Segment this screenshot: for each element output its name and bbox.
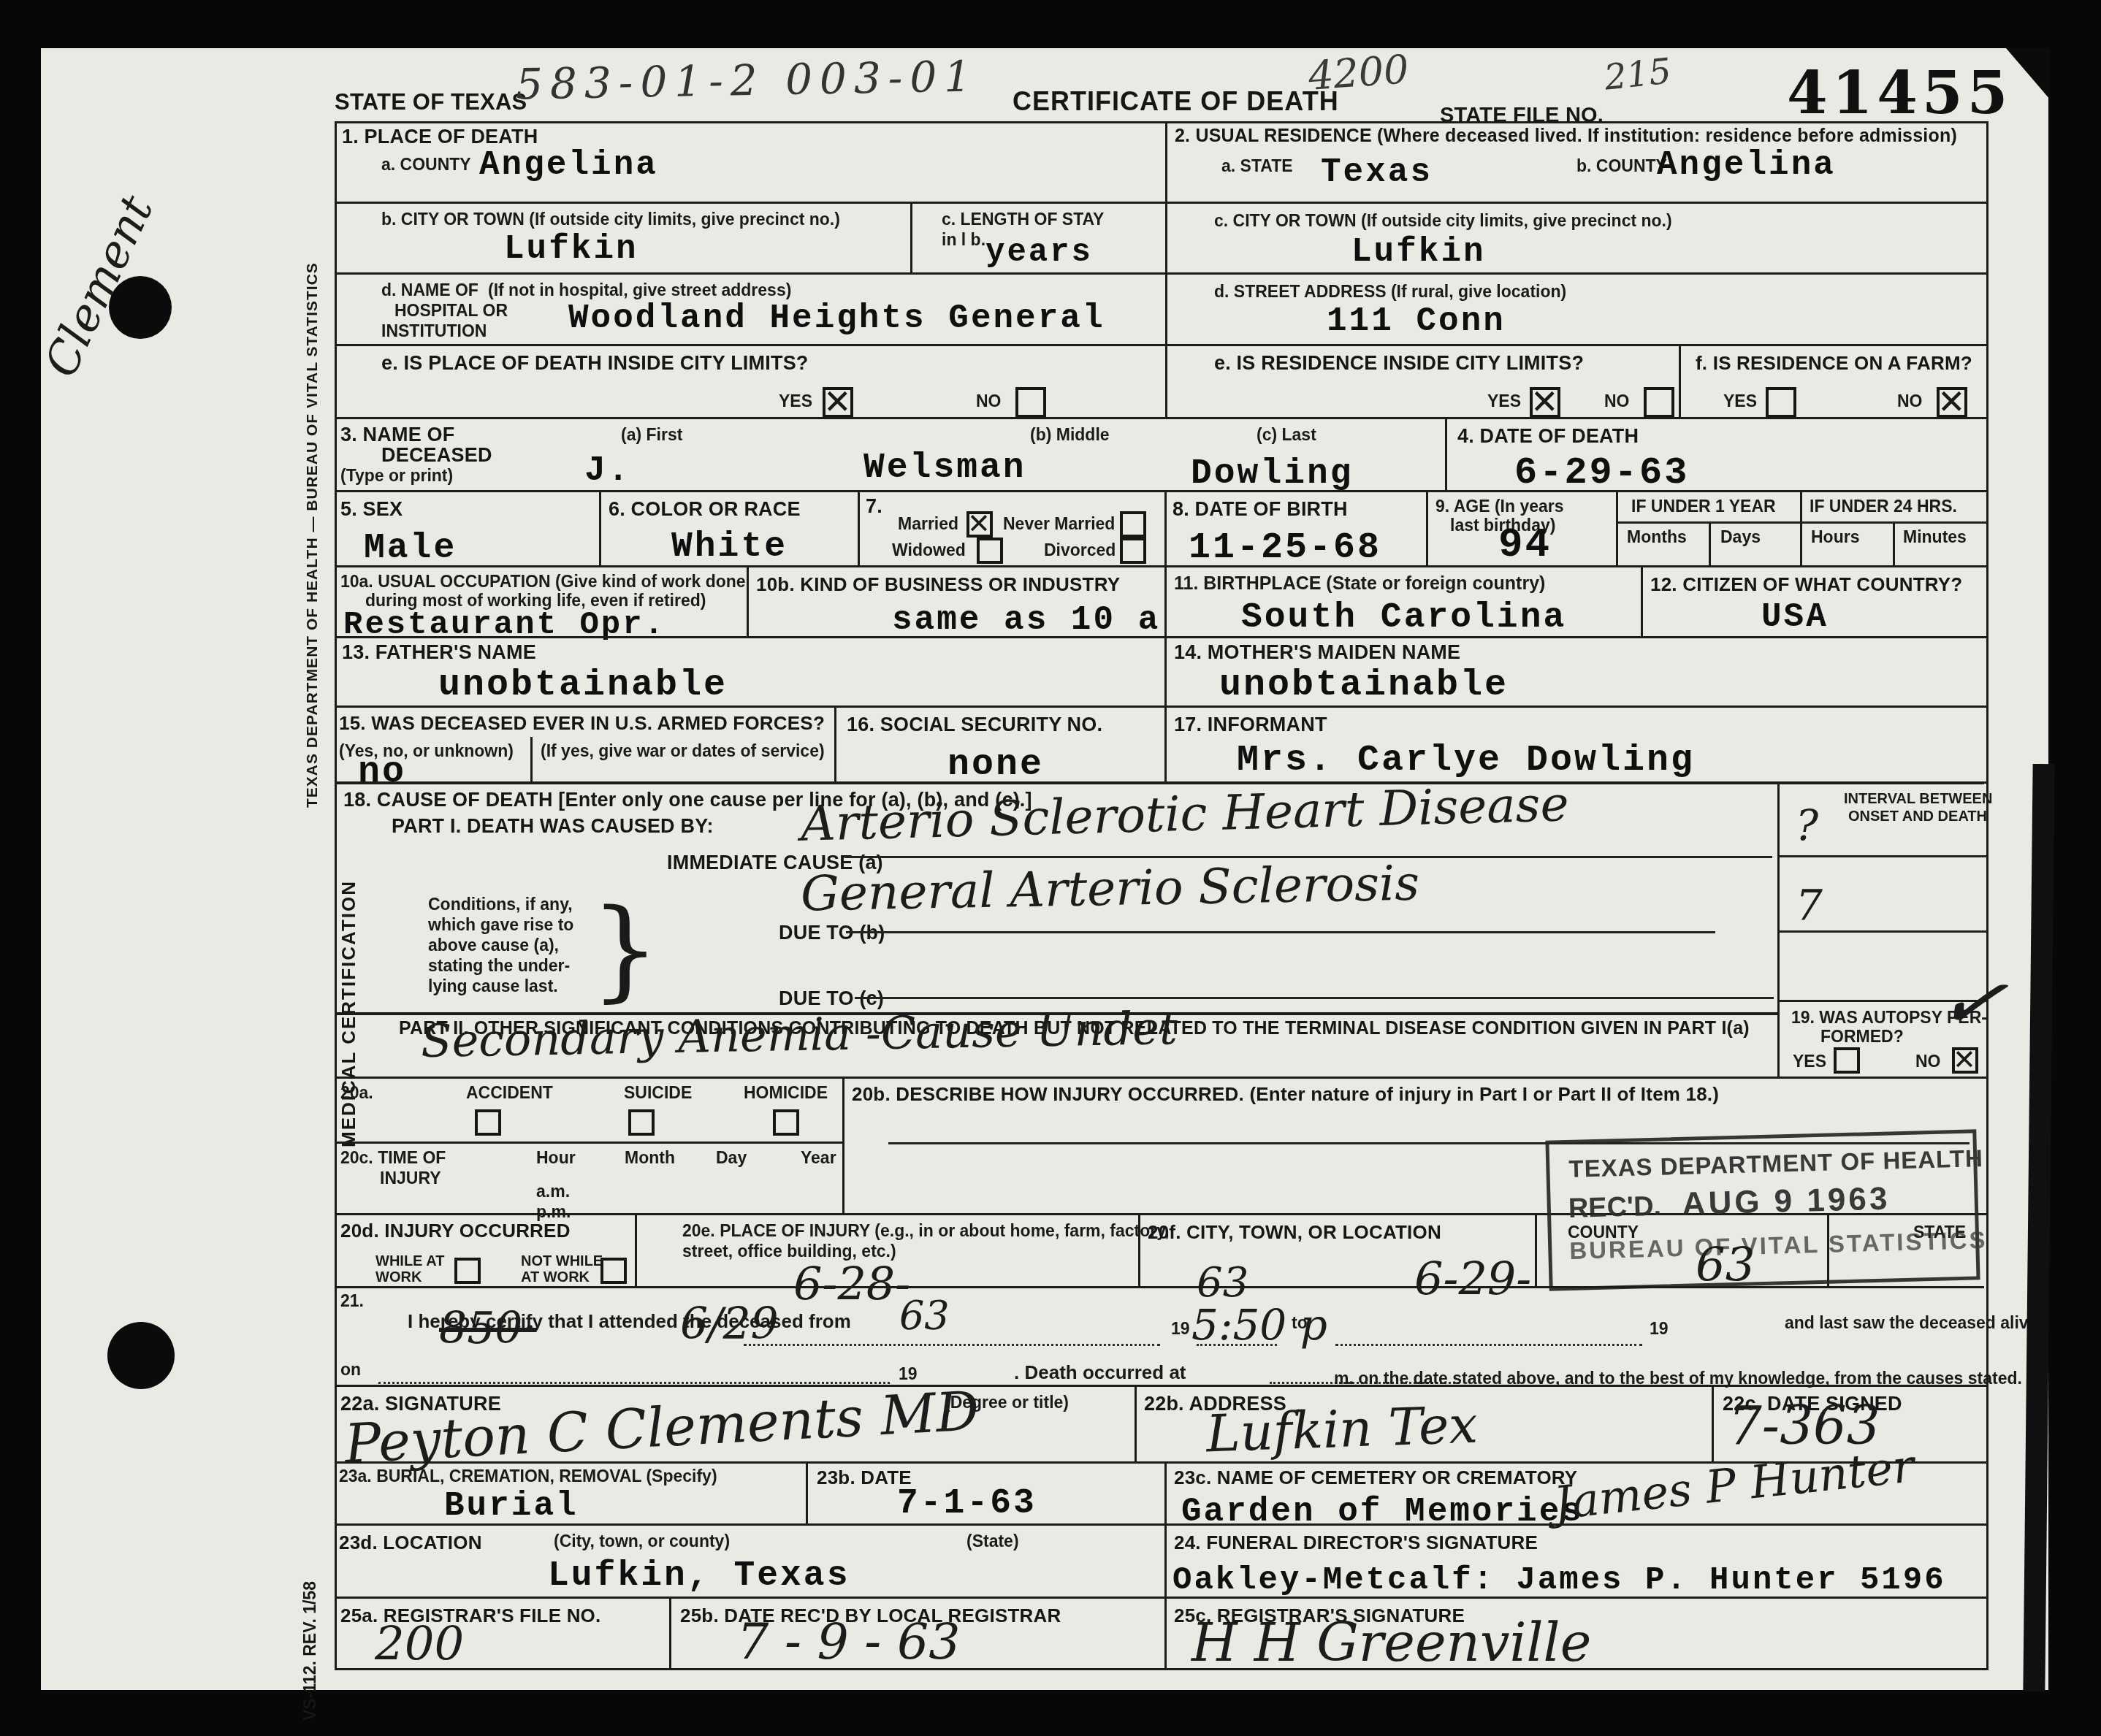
field-1-label: 1. PLACE OF DEATH — [342, 126, 538, 148]
field-3a-label: (a) First — [621, 425, 682, 445]
certify-text3: . Death occurred at — [1014, 1361, 1186, 1384]
field-16-value: none — [947, 744, 1044, 786]
margin-form-code: VS-112. REV. 1/58 — [300, 1523, 320, 1721]
field-2c-label: c. CITY OR TOWN (If outside city limits,… — [1214, 211, 1672, 231]
margin-agency-text: TEXAS DEPARTMENT OF HEALTH — BUREAU OF V… — [304, 340, 321, 808]
cause-b-line — [846, 931, 1715, 933]
field-14-value: unobtainable — [1219, 665, 1509, 706]
field-7-married-label: Married — [898, 514, 958, 534]
punch-hole-bottom — [107, 1322, 175, 1389]
box-name-of-deceased: 3. NAME OF DECEASED (Type or print) (a) … — [335, 417, 1445, 492]
field-23a-label: 23a. BURIAL, CREMATION, REMOVAL (Specify… — [339, 1467, 717, 1486]
field-17-value: Mrs. Carlye Dowling — [1237, 740, 1695, 781]
under-24-hrs-header: IF UNDER 24 HRS. — [1810, 497, 1957, 516]
field-20e-label1: 20e. PLACE OF INJURY (e.g., in or about … — [682, 1221, 1170, 1241]
field-7-widowed-label: Widowed — [892, 540, 966, 560]
field-25a-value-handwritten: 200 — [375, 1618, 464, 1672]
field-13-value: unobtainable — [438, 665, 728, 706]
field-2b-label: b. COUNTY — [1576, 156, 1667, 176]
box-usual-occupation: 10a. USUAL OCCUPATION (Give kind of work… — [335, 565, 747, 638]
field-2d-value: 111 Conn — [1327, 302, 1506, 340]
field-6-label: 6. COLOR OR RACE — [609, 498, 801, 521]
box-date-of-birth: 8. DATE OF BIRTH 11-25-68 — [1164, 490, 1428, 567]
box-23b-date: 23b. DATE 7-1-63 — [806, 1461, 1167, 1526]
interval-label2: ONSET AND DEATH — [1848, 808, 1987, 825]
hours-label: Hours — [1811, 527, 1859, 547]
box-25c-registrar-signature: 25c. REGISTRAR'S SIGNATURE H H Greenvill… — [1164, 1597, 1986, 1668]
box-street-address: d. STREET ADDRESS (If rural, give locati… — [1165, 272, 1986, 346]
field-23a-value: Burial — [444, 1487, 579, 1525]
certify-year3-handwritten: 63 — [899, 1293, 950, 1339]
field-7-widowed-checkbox — [977, 538, 1003, 564]
field-3b-label: (b) Middle — [1030, 425, 1110, 445]
field-6-value: White — [671, 527, 788, 567]
field-2b-value: Angelina — [1657, 146, 1836, 184]
under-24-hrs-column-divider — [1893, 521, 1895, 567]
box-length-of-stay: c. LENGTH OF STAY in l b. years — [910, 202, 1167, 275]
field-3c-value: Dowling — [1191, 454, 1354, 494]
field-4-value: 6-29-63 — [1514, 451, 1689, 494]
conditions-line2: which gave rise to — [428, 915, 573, 935]
field-20c-label2: INJURY — [380, 1169, 441, 1188]
field-24-value: Oakley-Metcalf: James P. Hunter 5196 — [1172, 1562, 1946, 1599]
part1-label: PART I. DEATH WAS CAUSED BY: — [392, 815, 714, 838]
field-25c-value-handwritten: H H Greenville — [1191, 1612, 1591, 1673]
days-label: Days — [1720, 527, 1761, 547]
field-23d-sub1: (City, town, or county) — [554, 1532, 730, 1551]
field-7-divorced-label: Divorced — [1044, 540, 1116, 560]
field-1e-yes-checkbox — [823, 387, 853, 418]
box-city-of-death: b. CITY OR TOWN (If outside city limits,… — [335, 202, 910, 275]
field-13-label: 13. FATHER'S NAME — [342, 641, 536, 664]
while-at-work-label2: WORK — [375, 1269, 422, 1286]
field-23b-value: 7-1-63 — [897, 1484, 1037, 1523]
suicide-label: SUICIDE — [624, 1083, 692, 1103]
scan-shadow-right — [2023, 764, 2054, 1691]
while-at-work-label1: WHILE AT — [375, 1253, 444, 1270]
field-19-label2: FORMED? — [1820, 1027, 1904, 1047]
interval-b-handwritten: 7 — [1796, 881, 1823, 930]
field-16-label: 16. SOCIAL SECURITY NO. — [847, 714, 1102, 736]
field-2d-label: d. STREET ADDRESS (If rural, give locati… — [1214, 282, 1566, 302]
field-2f-no-label: NO — [1897, 391, 1923, 411]
certify-blank1 — [744, 1344, 1160, 1346]
certify-text2: and last saw the deceased alive — [1785, 1313, 2037, 1333]
field-2c-value: Lufkin — [1351, 233, 1486, 271]
box-20d: 20d. INJURY OCCURRED WHILE AT WORK NOT W… — [335, 1213, 635, 1288]
field-2f-label: f. IS RESIDENCE ON A FARM? — [1696, 352, 1972, 375]
certify-on-date-handwritten: 6/29 — [680, 1299, 779, 1350]
conditions-line1: Conditions, if any, — [428, 895, 573, 914]
box-if-under-24-hrs: IF UNDER 24 HRS. Hours Minutes — [1800, 490, 1986, 567]
box-age: 9. AGE (In years last birthday) 94 — [1426, 490, 1618, 567]
field-3-label2: DECEASED — [381, 444, 492, 467]
field-1d-value: Woodland Heights General — [568, 299, 1105, 337]
conditions-brace: } — [590, 887, 660, 1014]
scanned-death-certificate: Clement TEXAS DEPARTMENT OF HEALTH — BUR… — [0, 0, 2101, 1736]
field-1c-label: c. LENGTH OF STAY — [942, 210, 1104, 229]
box-25b-date-recd: 25b. DATE REC'D BY LOCAL REGISTRAR 7 - 9… — [669, 1597, 1167, 1668]
field-1d-label2: HOSPITAL OR — [394, 301, 508, 321]
box-fathers-name: 13. FATHER'S NAME unobtainable — [335, 636, 1164, 708]
certify-year3-label: 19 — [899, 1364, 918, 1384]
box-armed-forces: 15. WAS DECEASED EVER IN U.S. ARMED FORC… — [335, 706, 834, 784]
state-of-texas-label: STATE OF TEXAS — [335, 89, 527, 115]
field-1b-label: b. CITY OR TOWN (If outside city limits,… — [381, 210, 840, 229]
field-5-label: 5. SEX — [340, 498, 403, 521]
cause-c-line — [855, 997, 1774, 999]
field-1e-label: e. IS PLACE OF DEATH INSIDE CITY LIMITS? — [381, 352, 809, 375]
accident-label: ACCIDENT — [466, 1083, 553, 1103]
field-2e-yes-checkbox — [1530, 387, 1560, 418]
interval-a-handwritten: ? — [1796, 800, 1818, 850]
field-9-value: 94 — [1498, 521, 1552, 568]
field-20d-label: 20d. INJURY OCCURRED — [340, 1220, 571, 1242]
box-place-of-death: 1. PLACE OF DEATH a. COUNTY Angelina — [335, 121, 1165, 202]
field-8-value: 11-25-68 — [1189, 527, 1381, 569]
field-1d-paren: (If not in hospital, give street address… — [488, 280, 791, 300]
certify-time-struck-handwritten: 850· — [439, 1303, 537, 1354]
field-3c-label: (c) Last — [1257, 425, 1316, 445]
field-4-label: 4. DATE OF DEATH — [1457, 425, 1639, 448]
box-residence-farm: f. IS RESIDENCE ON A FARM? YES NO — [1679, 344, 1986, 419]
box-citizen: 12. CITIZEN OF WHAT COUNTRY? USA — [1641, 565, 1986, 638]
field-10b-value: same as 10 a — [892, 601, 1160, 639]
homicide-label: HOMICIDE — [744, 1083, 828, 1103]
field-1d-label1: d. NAME OF — [381, 280, 478, 300]
conditions-line3: above cause (a), — [428, 936, 559, 955]
field-15-label: 15. WAS DECEASED EVER IN U.S. ARMED FORC… — [339, 712, 825, 735]
stamp-recd-label: REC'D. — [1568, 1191, 1661, 1225]
field-12-label: 12. CITIZEN OF WHAT COUNTRY? — [1650, 573, 1962, 596]
field-21-number: 21. — [340, 1291, 364, 1311]
box-20a: 20a. ACCIDENT SUICIDE HOMICIDE — [335, 1077, 842, 1144]
field-14-label: 14. MOTHER'S MAIDEN NAME — [1174, 641, 1460, 664]
field-7-married-checkbox — [966, 511, 993, 538]
box-20c: 20c. TIME OF INJURY Hour Month Day Year … — [335, 1142, 842, 1215]
box-25a-registrar-file: 25a. REGISTRAR'S FILE NO. 200 — [335, 1597, 669, 1668]
field-20b-label: 20b. DESCRIBE HOW INJURY OCCURRED. (Ente… — [852, 1083, 1719, 1106]
field-2f-yes-checkbox — [1766, 387, 1796, 418]
interval-line-a — [1780, 855, 1986, 857]
not-while-checkbox — [600, 1258, 627, 1284]
received-stamp: TEXAS DEPARTMENT OF HEALTH REC'D. AUG 9 … — [1545, 1129, 1980, 1290]
field-1a-label: a. COUNTY — [381, 155, 471, 175]
field-19-yes-label: YES — [1793, 1052, 1826, 1071]
death-time-handwritten: 5:50 p — [1191, 1300, 1327, 1350]
hour-label: Hour — [536, 1148, 576, 1168]
field-1e-no-checkbox — [1015, 387, 1046, 418]
minutes-label: Minutes — [1903, 527, 1967, 547]
field-1a-value: Angelina — [479, 146, 658, 184]
armed-forces-divider — [530, 737, 533, 784]
field-20f-label: 20f. CITY, TOWN, OR LOCATION — [1148, 1221, 1441, 1244]
accident-checkbox — [475, 1109, 501, 1136]
field-25b-value-handwritten: 7 - 9 - 63 — [737, 1613, 960, 1671]
am-label: a.m. — [536, 1182, 570, 1201]
day-label: Day — [716, 1148, 747, 1168]
box-color-or-race: 6. COLOR OR RACE White — [599, 490, 860, 567]
conditions-line4: stating the under- — [428, 956, 570, 976]
field-2a-value: Texas — [1321, 153, 1433, 191]
field-12-value: USA — [1761, 598, 1829, 636]
field-9-label1: 9. AGE (In years — [1435, 497, 1564, 516]
scan-corner-wedge — [2006, 48, 2050, 99]
field-3-label3: (Type or print) — [340, 466, 453, 486]
state-file-number: 41455 — [1787, 58, 2012, 127]
box-23d-location: 23d. LOCATION (City, town, or county) (S… — [335, 1523, 1164, 1599]
field-2f-no-checkbox — [1937, 387, 1967, 418]
box-23a-burial: 23a. BURIAL, CREMATION, REMOVAL (Specify… — [335, 1461, 806, 1526]
box-informant: 17. INFORMANT Mrs. Carlye Dowling — [1164, 706, 1986, 784]
homicide-checkbox — [773, 1109, 799, 1136]
not-while-label1: NOT WHILE — [521, 1253, 603, 1270]
box-city-of-residence: c. CITY OR TOWN (If outside city limits,… — [1165, 202, 1986, 275]
field-3a-value: J. — [584, 451, 631, 491]
header-file-code-handwritten: 583-01-2 003-01 — [515, 51, 978, 109]
field-10b-label: 10b. KIND OF BUSINESS OR INDUSTRY — [756, 573, 1120, 596]
month-label: Month — [625, 1148, 675, 1168]
field-2e-label: e. IS RESIDENCE INSIDE CITY LIMITS? — [1214, 352, 1584, 375]
box-24-funeral-director: 24. FUNERAL DIRECTOR'S SIGNATURE Oakley-… — [1164, 1523, 1986, 1599]
certify-on-label: on — [340, 1360, 361, 1380]
field-1b-value: Lufkin — [504, 230, 638, 268]
field-19-no-checkbox — [1952, 1047, 1978, 1074]
under-1-year-header: IF UNDER 1 YEAR — [1631, 497, 1776, 516]
stamp-line1: TEXAS DEPARTMENT OF HEALTH — [1568, 1144, 1983, 1183]
interval-label1: INTERVAL BETWEEN — [1844, 791, 1992, 808]
field-1e-yes-label: YES — [779, 391, 812, 411]
box-marital-status: 7. Married Never Married Widowed Divorce… — [858, 490, 1167, 567]
box-usual-residence: 2. USUAL RESIDENCE (Where deceased lived… — [1165, 121, 1986, 202]
box-hospital: d. NAME OF (If not in hospital, give str… — [335, 272, 1165, 346]
field-20a-label: 20a. — [340, 1083, 373, 1103]
field-19-yes-checkbox — [1834, 1047, 1860, 1074]
under-1-year-column-divider — [1709, 521, 1711, 567]
certify-blank4 — [378, 1382, 890, 1384]
field-10a-label1: 10a. USUAL OCCUPATION (Give kind of work… — [340, 572, 746, 592]
field-2a-label: a. STATE — [1221, 156, 1293, 176]
box-residence-city-limits: e. IS RESIDENCE INSIDE CITY LIMITS? YES … — [1165, 344, 1681, 419]
field-15-sub2: (If yes, give war or dates of service) — [541, 741, 825, 761]
field-3-label1: 3. NAME OF — [340, 424, 455, 446]
field-1d-label3: INSTITUTION — [381, 321, 487, 341]
physician-address-handwritten: Lufkin Tex — [1205, 1395, 1479, 1464]
certificate-title: CERTIFICATE OF DEATH — [1013, 86, 1339, 117]
field-2e-no-checkbox — [1644, 387, 1674, 418]
box-date-of-death: 4. DATE OF DEATH 6-29-63 — [1445, 417, 1986, 492]
field-23d-label: 23d. LOCATION — [339, 1532, 482, 1554]
field-11-value: South Carolina — [1241, 598, 1566, 638]
field-23d-sub2: (State) — [966, 1532, 1019, 1551]
box-birthplace: 11. BIRTHPLACE (State or foreign country… — [1164, 565, 1643, 638]
field-7-divorced-checkbox — [1120, 538, 1146, 564]
stamp-line3: BUREAU OF VITAL STATISTICS — [1569, 1226, 1988, 1265]
field-19-no-label: NO — [1915, 1052, 1941, 1071]
year-label: Year — [801, 1148, 836, 1168]
months-label: Months — [1627, 527, 1687, 547]
field-7-never-married-checkbox — [1120, 511, 1146, 538]
certify-year2-label: 19 — [1650, 1319, 1669, 1339]
conditions-line5: lying cause last. — [428, 976, 558, 996]
field-20c-label1: 20c. TIME OF — [340, 1148, 446, 1168]
field-1e-no-label: NO — [976, 391, 1002, 411]
field-3b-value: Welsman — [863, 448, 1026, 488]
box-sex: 5. SEX Male — [335, 490, 599, 567]
not-while-label2: AT WORK — [521, 1269, 590, 1286]
box-death-city-limits: e. IS PLACE OF DEATH INSIDE CITY LIMITS?… — [335, 344, 1165, 419]
header-annotation-2: 215 — [1602, 50, 1673, 98]
field-1c-sublabel: in l b. — [942, 230, 985, 250]
box-if-under-1-year: IF UNDER 1 YEAR Months Days — [1616, 490, 1802, 567]
field-23c-label: 23c. NAME OF CEMETERY OR CREMATORY — [1174, 1467, 1577, 1489]
box-social-security: 16. SOCIAL SECURITY NO. none — [834, 706, 1167, 784]
certify-blank3 — [1335, 1344, 1642, 1346]
field-23d-value: Lufkin, Texas — [548, 1556, 850, 1596]
certify-from-date-handwritten: 6-28- — [793, 1257, 910, 1310]
stamp-date: AUG 9 1963 — [1682, 1180, 1891, 1222]
while-at-work-checkbox — [454, 1258, 481, 1284]
county-column-divider — [1535, 1215, 1537, 1288]
field-7-never-married-label: Never Married — [1003, 514, 1115, 534]
box-mothers-maiden-name: 14. MOTHER'S MAIDEN NAME unobtainable — [1164, 636, 1986, 708]
field-17-label: 17. INFORMANT — [1174, 714, 1327, 736]
field-2f-yes-label: YES — [1723, 391, 1757, 411]
field-24-label: 24. FUNERAL DIRECTOR'S SIGNATURE — [1174, 1532, 1538, 1554]
field-2e-no-label: NO — [1604, 391, 1630, 411]
field-8-label: 8. DATE OF BIRTH — [1172, 498, 1348, 521]
field-7-label: 7. — [866, 495, 882, 518]
certificate-paper: Clement TEXAS DEPARTMENT OF HEALTH — BUR… — [41, 48, 2048, 1690]
field-2e-yes-label: YES — [1487, 391, 1521, 411]
field-11-label: 11. BIRTHPLACE (State or foreign country… — [1174, 573, 1545, 594]
field-2-label: 2. USUAL RESIDENCE (Where deceased lived… — [1175, 126, 1957, 147]
box-kind-of-business: 10b. KIND OF BUSINESS OR INDUSTRY same a… — [747, 565, 1167, 638]
box-certification: 21. I hereby certify that I attended the… — [335, 1286, 1984, 1387]
suicide-checkbox — [628, 1109, 655, 1136]
certify-year2-handwritten: 63 — [1696, 1239, 1755, 1293]
field-5-value: Male — [364, 529, 457, 568]
interval-line-b — [1780, 930, 1986, 933]
cause-b-handwritten: General Arterio Sclerosis — [800, 855, 1419, 922]
field-1c-value: years — [985, 234, 1093, 271]
certify-year1-label: 19 — [1171, 1319, 1190, 1339]
certify-to-date-handwritten: 6-29- — [1414, 1252, 1531, 1305]
